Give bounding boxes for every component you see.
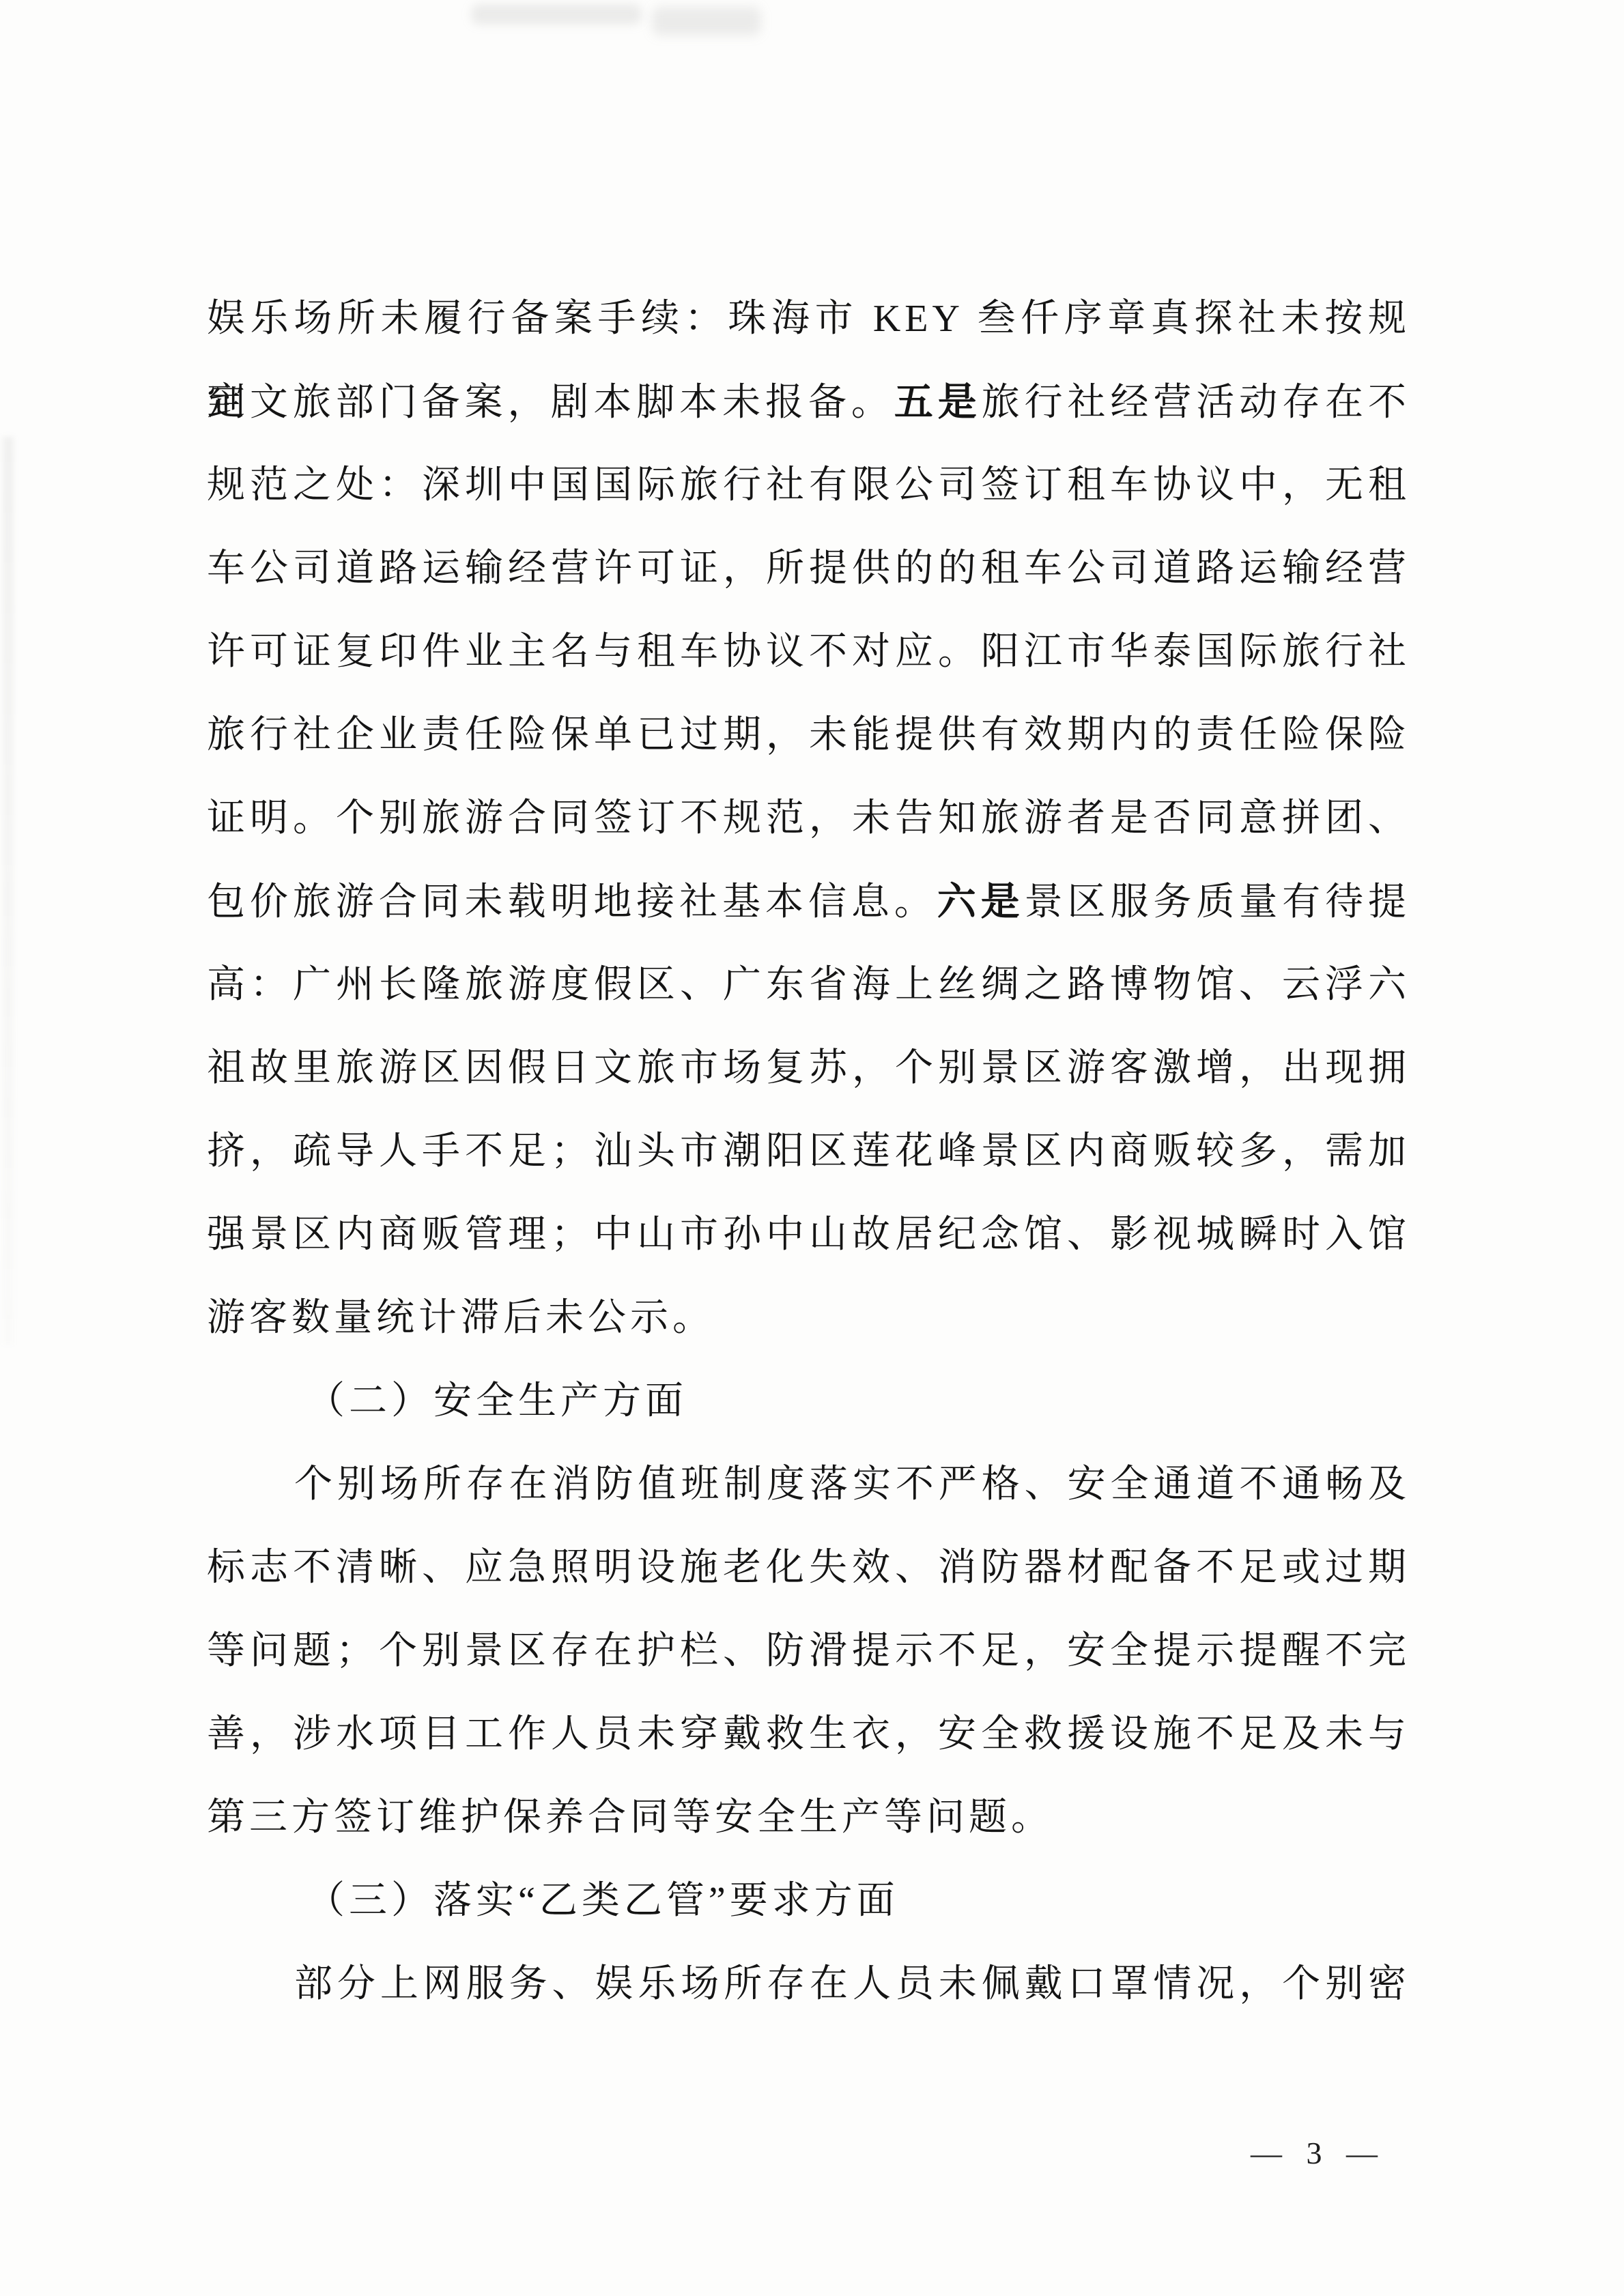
text-segment: 等问题；个别景区存在护栏、防滑提示不足，安全提示提醒不完 (207, 1630, 1410, 1672)
text-line: 祖故里旅游区因假日文旅市场复苏，个别景区游客激增，出现拥 (207, 1027, 1410, 1110)
text-line: 个别场所存在消防值班制度落实不严格、安全通道不通畅及 (207, 1443, 1410, 1526)
text-segment: 景区服务质量有待提 (1025, 881, 1410, 923)
text-segment: 包价旅游合同未载明地接社基本信息。 (207, 881, 937, 923)
text-line: 标志不清晰、应急照明设施老化失效、消防器材配备不足或过期 (207, 1526, 1410, 1609)
scan-artifact (3, 437, 14, 1345)
text-segment: 车公司道路运输经营许可证，所提供的的租车公司道路运输经营 (207, 547, 1410, 590)
text-segment: 标志不清晰、应急照明设施老化失效、消防器材配备不足或过期 (207, 1547, 1410, 1589)
text-line: 强景区内商贩管理；中山市孙中山故居纪念馆、影视城瞬时入馆 (207, 1193, 1410, 1276)
section-heading: （二）安全生产方面 (207, 1360, 1410, 1443)
bold-marker-text: 六是 (937, 880, 1025, 923)
bold-marker-text: 五是 (894, 380, 982, 424)
heading-text: （三）落实“乙类乙管”要求方面 (307, 1880, 899, 1922)
text-segment: 到文旅部门备案，剧本脚本未报备。 (207, 382, 894, 424)
text-segment: 许可证复印件业主名与租车协议不对应。阳江市华泰国际旅行社 (207, 631, 1410, 673)
text-segment: 旅行社经营活动存在不 (982, 382, 1410, 424)
page-number: — 3 — (1251, 2132, 1380, 2175)
text-segment: 挤，疏导人手不足；汕头市潮阳区莲花峰景区内商贩较多，需加 (207, 1130, 1410, 1173)
text-line: 到文旅部门备案，剧本脚本未报备。五是旅行社经营活动存在不 (207, 360, 1410, 444)
document-body: 娱乐场所未履行备案手续：珠海市 KEY 叁仟序章真探社未按规定 到文旅部门备案，… (207, 277, 1410, 2026)
text-segment: 个别场所存在消防值班制度落实不严格、安全通道不通畅及 (294, 1463, 1410, 1506)
heading-text: （二）安全生产方面 (307, 1380, 687, 1422)
text-segment: 强景区内商贩管理；中山市孙中山故居纪念馆、影视城瞬时入馆 (207, 1214, 1410, 1256)
text-line: 游客数量统计滞后未公示。 (207, 1276, 1410, 1360)
text-segment: 高：广州长隆旅游度假区、广东省海上丝绸之路博物馆、云浮六 (207, 964, 1410, 1006)
text-line: 许可证复印件业主名与租车协议不对应。阳江市华泰国际旅行社 (207, 610, 1410, 693)
text-line: 包价旅游合同未载明地接社基本信息。六是景区服务质量有待提 (207, 860, 1410, 943)
text-segment: 游客数量统计滞后未公示。 (207, 1297, 715, 1339)
text-segment: 部分上网服务、娱乐场所存在人员未佩戴口罩情况，个别密 (294, 1963, 1410, 2005)
text-line: 车公司道路运输经营许可证，所提供的的租车公司道路运输经营 (207, 527, 1410, 610)
text-line: 善，涉水项目工作人员未穿戴救生衣，安全救援设施不足及未与 (207, 1693, 1410, 1776)
scan-artifact (471, 4, 642, 25)
text-line: 部分上网服务、娱乐场所存在人员未佩戴口罩情况，个别密 (207, 1942, 1410, 2026)
text-line: 娱乐场所未履行备案手续：珠海市 KEY 叁仟序章真探社未按规定 (207, 277, 1410, 360)
text-line: 规范之处：深圳中国国际旅行社有限公司签订租车协议中，无租 (207, 444, 1410, 527)
text-segment: 证明。个别旅游合同签订不规范，未告知旅游者是否同意拼团、 (207, 797, 1410, 840)
text-segment: 规范之处：深圳中国国际旅行社有限公司签订租车协议中，无租 (207, 464, 1410, 506)
text-line: 高：广州长隆旅游度假区、广东省海上丝绸之路博物馆、云浮六 (207, 943, 1410, 1027)
text-segment: 善，涉水项目工作人员未穿戴救生衣，安全救援设施不足及未与 (207, 1713, 1410, 1755)
text-segment: 旅行社企业责任险保单已过期，未能提供有效期内的责任险保险 (207, 714, 1410, 756)
document-page: 娱乐场所未履行备案手续：珠海市 KEY 叁仟序章真探社未按规定 到文旅部门备案，… (0, 0, 1624, 2296)
scan-artifact (652, 7, 761, 35)
text-line: 旅行社企业责任险保单已过期，未能提供有效期内的责任险保险 (207, 693, 1410, 777)
text-line: 等问题；个别景区存在护栏、防滑提示不足，安全提示提醒不完 (207, 1609, 1410, 1693)
text-line: 第三方签订维护保养合同等安全生产等问题。 (207, 1776, 1410, 1859)
text-segment: 祖故里旅游区因假日文旅市场复苏，个别景区游客激增，出现拥 (207, 1047, 1410, 1089)
text-segment: 第三方签订维护保养合同等安全生产等问题。 (207, 1796, 1053, 1839)
section-heading: （三）落实“乙类乙管”要求方面 (207, 1859, 1410, 1942)
text-line: 挤，疏导人手不足；汕头市潮阳区莲花峰景区内商贩较多，需加 (207, 1110, 1410, 1193)
text-line: 证明。个别旅游合同签订不规范，未告知旅游者是否同意拼团、 (207, 777, 1410, 860)
